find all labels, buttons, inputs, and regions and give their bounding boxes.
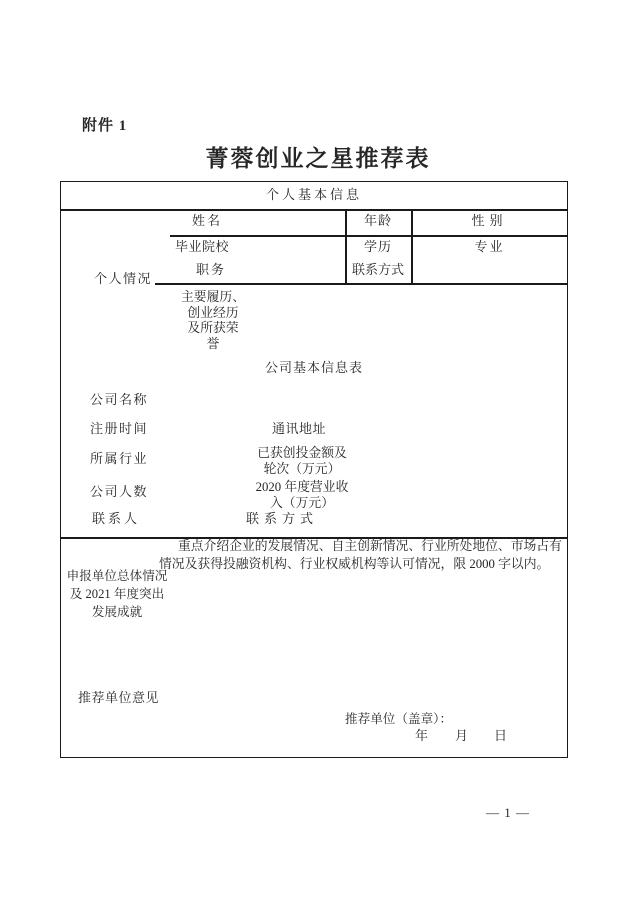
- declaration-hint-line1: 重点介绍企业的发展情况、自主创新情况、行业所处地位、市场占有: [178, 539, 562, 554]
- contact-label: 联系方式: [345, 263, 411, 278]
- page-title: 菁蓉创业之星推荐表: [0, 140, 636, 173]
- date-day-label: 日: [494, 729, 507, 744]
- registration-time-label: 注册时间: [90, 422, 148, 437]
- resume-label-line2: 创业经历: [179, 306, 247, 322]
- personal-section-header: 个人基本信息: [60, 188, 568, 203]
- contact-person-label: 联系人: [92, 512, 140, 527]
- funding-label-line2: 轮次（万元）: [248, 462, 356, 478]
- declaration-label-line2: 及 2021 年度突出: [61, 586, 173, 604]
- recommendation-opinion-label: 推荐单位意见: [78, 691, 159, 706]
- position-label: 职务: [196, 263, 226, 278]
- date-month-label: 月: [455, 729, 468, 744]
- declaration-label: 申报单位总体情况 及 2021 年度突出 发展成就: [61, 568, 173, 621]
- revenue-label-line2: 入（万元）: [246, 496, 358, 512]
- resume-label-line1: 主要履历、: [179, 290, 247, 306]
- company-section-header: 公司基本信息表: [60, 361, 568, 376]
- name-label: 姓名: [192, 214, 222, 229]
- resume-label-line4: 誉: [179, 337, 247, 353]
- school-label: 毕业院校: [175, 240, 229, 255]
- document-page: 附件 1 菁蓉创业之星推荐表 个人基本信息 个人情况 姓名 年龄 性别 毕业院校…: [0, 0, 636, 900]
- revenue-label: 2020 年度营业收 入（万元）: [246, 480, 358, 512]
- personal-group-label: 个人情况: [94, 272, 152, 287]
- address-label: 通讯地址: [272, 422, 326, 437]
- funding-label-line1: 已获创投金额及: [248, 446, 356, 462]
- declaration-hint-line2: 情况及获得投融资机构、行业权威机构等认可情况，限 2000 字以内。: [159, 557, 549, 572]
- resume-label-line3: 及所获荣: [179, 321, 247, 337]
- major-label: 专业: [411, 240, 568, 255]
- age-label: 年龄: [345, 214, 411, 229]
- funding-label: 已获创投金额及 轮次（万元）: [248, 446, 356, 477]
- recommendation-seal-label: 推荐单位（盖章）：: [345, 712, 452, 726]
- row-divider-personal-header: [60, 209, 568, 211]
- company-name-label: 公司名称: [90, 393, 148, 408]
- page-number: — 1 —: [486, 805, 530, 821]
- contact-method-label: 联系方式: [246, 512, 318, 527]
- attachment-label: 附件 1: [82, 114, 127, 135]
- degree-label: 学历: [345, 240, 411, 255]
- declaration-label-line1: 申报单位总体情况: [61, 568, 173, 586]
- headcount-label: 公司人数: [90, 485, 148, 500]
- declaration-label-line3: 发展成就: [61, 604, 173, 622]
- row-divider-name-row: [170, 235, 568, 237]
- row-divider-position-row: [155, 283, 568, 285]
- gender-label: 性别: [411, 214, 568, 229]
- industry-label: 所属行业: [90, 452, 148, 467]
- revenue-label-line1: 2020 年度营业收: [246, 480, 358, 496]
- date-year-label: 年: [415, 729, 428, 744]
- resume-label: 主要履历、 创业经历 及所获荣 誉: [179, 290, 247, 352]
